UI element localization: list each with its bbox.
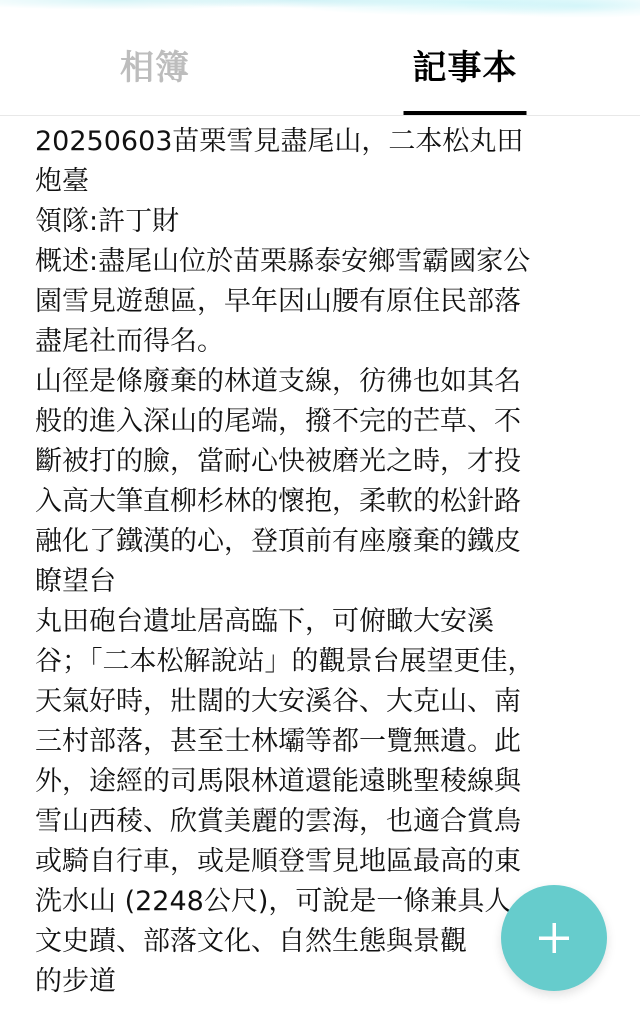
note-content[interactable]: 20250603苗栗雪見盡尾山，二本松丸田 炮臺 領隊:許丁財 概述:盡尾山位於… [35, 122, 595, 1002]
note-line: 般的進入深山的尾端，撥不完的芒草、不 [35, 402, 595, 442]
tab-divider [0, 115, 640, 116]
note-line: 炮臺 [35, 162, 595, 202]
note-line: 天氣好時，壯闊的大安溪谷、大克山、南 [35, 682, 595, 722]
note-line: 雪山西稜、欣賞美麗的雲海，也適合賞鳥 [35, 802, 595, 842]
note-line: 或騎自行車，或是順登雪見地區最高的東 [35, 842, 595, 882]
note-line: 入高大筆直柳杉林的懷抱，柔軟的松針路 [35, 482, 595, 522]
note-line: 園雪見遊憩區，早年因山腰有原住民部落 [35, 282, 595, 322]
note-line: 斷被打的臉，當耐心快被磨光之時，才投 [35, 442, 595, 482]
note-line: 瞭望台 [35, 562, 595, 602]
note-line: 三村部落，甚至士林壩等都一覽無遺。此 [35, 722, 595, 762]
note-line: 丸田砲台遺址居高臨下，可俯瞰大安溪 [35, 602, 595, 642]
tab-notebook-label: 記事本 [413, 40, 518, 89]
tab-album-label: 相簿 [120, 40, 190, 89]
note-line: 20250603苗栗雪見盡尾山，二本松丸田 [35, 122, 595, 162]
note-line: 領隊:許丁財 [35, 202, 595, 242]
note-line: 外，途經的司馬限林道還能遠眺聖稜線與 [35, 762, 595, 802]
note-line: 谷；「二本松解說站」的觀景台展望更佳， [35, 642, 595, 682]
note-line: 概述:盡尾山位於苗栗縣泰安鄉雪霸國家公 [35, 242, 595, 282]
tab-notebook[interactable]: 記事本 [310, 20, 620, 115]
note-line: 融化了鐵漢的心，登頂前有座廢棄的鐵皮 [35, 522, 595, 562]
tab-album[interactable]: 相簿 [0, 20, 310, 115]
top-banner-image [0, 0, 640, 20]
tab-bar: 相簿 記事本 [0, 20, 640, 115]
note-line: 盡尾社而得名。 [35, 322, 595, 362]
plus-icon [538, 922, 570, 954]
add-note-button[interactable] [501, 885, 607, 991]
note-line: 山徑是條廢棄的林道支線，彷彿也如其名 [35, 362, 595, 402]
